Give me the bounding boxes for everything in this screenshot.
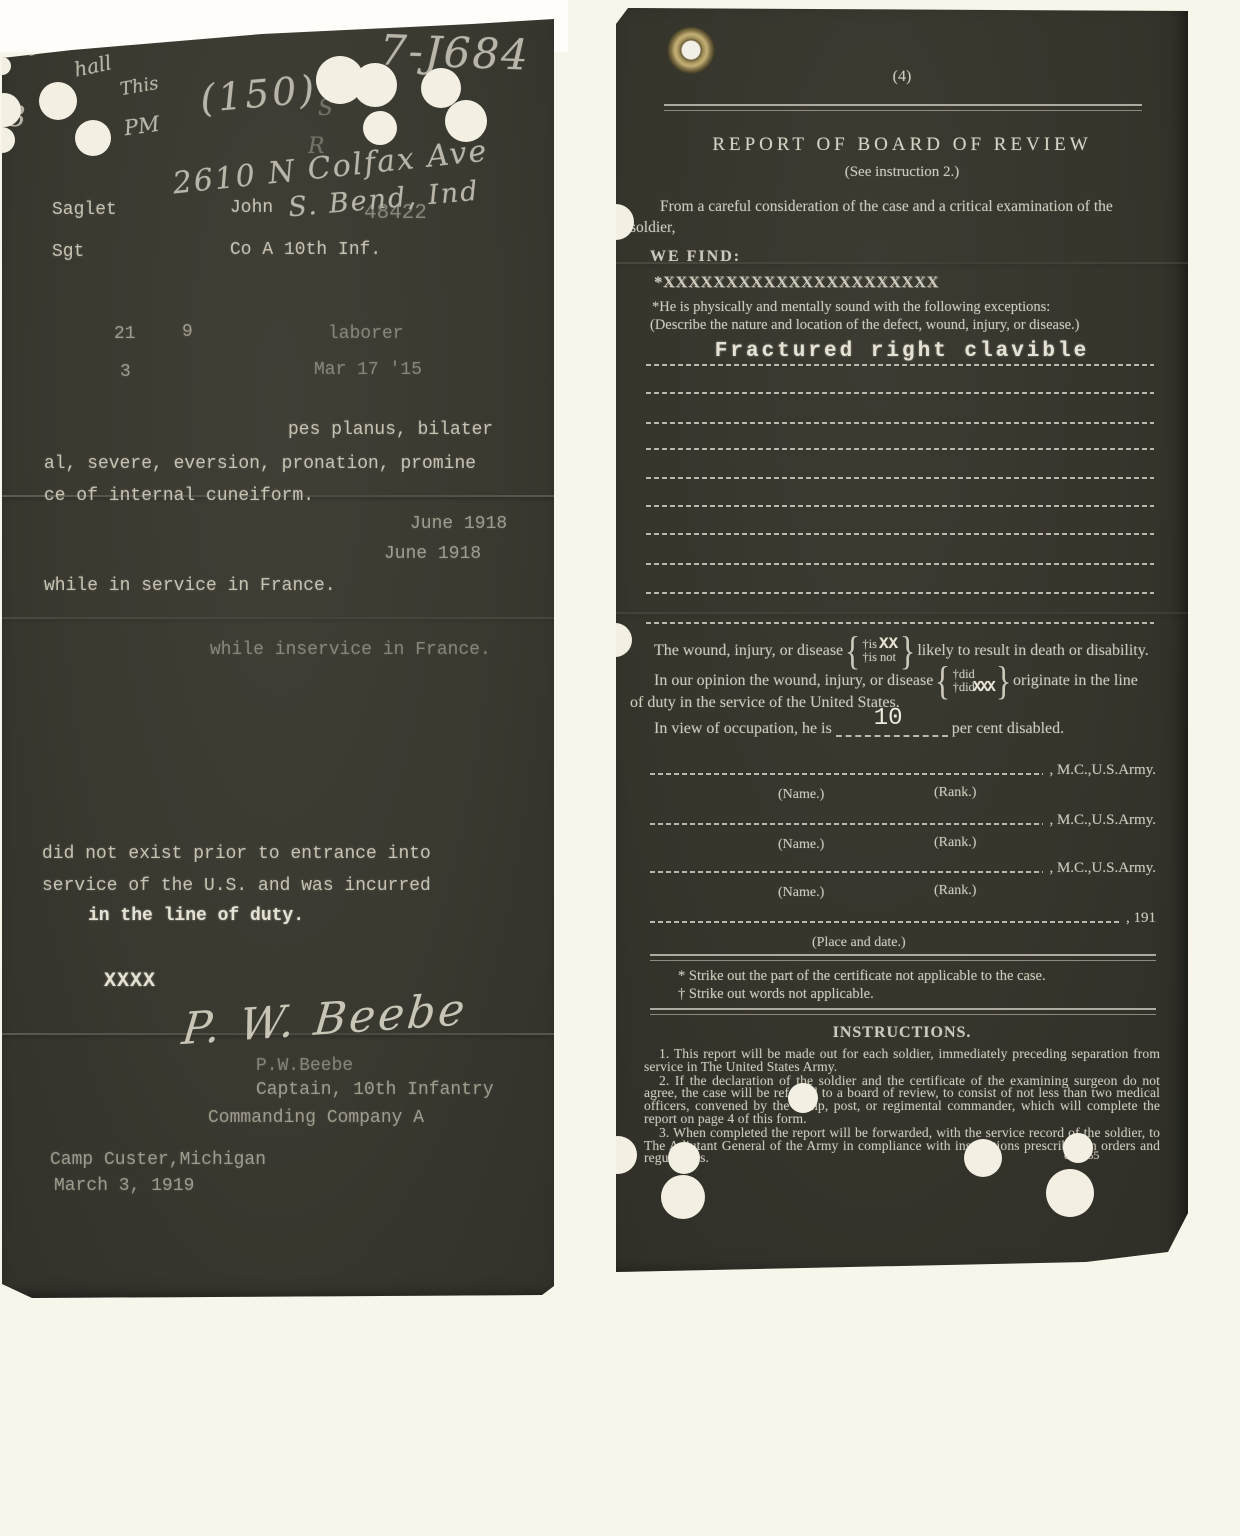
signature: P. W. Beebe bbox=[180, 984, 471, 1055]
opinion-option-stack: †did †didXXX bbox=[953, 668, 994, 694]
field-surname: Saglet bbox=[52, 200, 117, 220]
damage-spot bbox=[661, 1175, 705, 1219]
instruction-item: 1. This report will be made out for each… bbox=[644, 1048, 1160, 1074]
damage-spot bbox=[788, 1083, 818, 1113]
field-given-name: John bbox=[230, 198, 273, 218]
opinion-sentence-post: originate in the line bbox=[1013, 672, 1138, 690]
service-note: while in service in France. bbox=[44, 576, 336, 596]
year-suffix: , 191 bbox=[1126, 910, 1156, 927]
army-suffix: , M.C.,U.S.Army. bbox=[1049, 860, 1156, 877]
section-rule bbox=[650, 1008, 1156, 1015]
signature-row: , M.C.,U.S.Army. bbox=[650, 812, 1156, 829]
field-rank: Sgt bbox=[52, 242, 84, 262]
place-line: Camp Custer,Michigan bbox=[50, 1150, 266, 1170]
disability-percent-blank: 10 bbox=[836, 721, 948, 737]
section-rule bbox=[650, 954, 1156, 961]
damage-spot bbox=[445, 100, 487, 142]
handwritten-note: PM bbox=[123, 112, 162, 141]
strikeout-row: *XXXXXXXXXXXXXXXXXXXXXX bbox=[654, 274, 939, 292]
disability-percent-value: 10 bbox=[874, 705, 903, 732]
finding-text: (Describe the nature and location of the… bbox=[650, 317, 1079, 334]
handwritten-note: hall bbox=[72, 50, 114, 81]
signature-line bbox=[650, 773, 1043, 775]
header-rule bbox=[664, 104, 1142, 111]
place-date-row: , 191 bbox=[650, 910, 1156, 927]
blank-line bbox=[646, 477, 1154, 479]
damage-spot bbox=[363, 111, 397, 145]
fold-crease bbox=[616, 612, 1188, 614]
form-subtitle: (See instruction 2.) bbox=[616, 164, 1188, 181]
damage-spot bbox=[0, 57, 11, 75]
blank-line bbox=[646, 592, 1154, 594]
opinion-sentence-pre: In our opinion the wound, injury, or dis… bbox=[654, 672, 933, 690]
intro-text: From a careful consideration of the case… bbox=[660, 198, 1113, 216]
signature-line bbox=[650, 921, 1120, 923]
instruction-item: 2. If the declaration of the soldier and… bbox=[644, 1075, 1160, 1126]
diagnosis-entry: Fractured right clavible bbox=[616, 340, 1188, 363]
origin-statement: did not exist prior to entrance into bbox=[42, 844, 431, 864]
diagnosis-line: pes planus, bilater bbox=[288, 420, 493, 440]
blank-line bbox=[646, 533, 1154, 535]
signer-rank: Captain, 10th Infantry bbox=[256, 1080, 494, 1100]
form-title: REPORT OF BOARD OF REVIEW bbox=[616, 134, 1188, 156]
origin-statement: service of the U.S. and was incurred bbox=[42, 876, 431, 896]
disability-pre: In view of occupation, he is bbox=[654, 720, 832, 738]
name-label: (Name.) bbox=[778, 885, 824, 901]
strikeout-marks: XXXX bbox=[104, 970, 156, 993]
open-brace: { bbox=[935, 661, 950, 701]
date-line: March 3, 1919 bbox=[54, 1176, 194, 1196]
page-number: (4) bbox=[616, 68, 1188, 86]
blank-line bbox=[646, 364, 1154, 366]
damage-spot bbox=[668, 1142, 700, 1174]
close-brace: } bbox=[996, 661, 1011, 701]
opinion-option-bottom: †didXXX bbox=[953, 681, 994, 694]
army-suffix: , M.C.,U.S.Army. bbox=[1049, 812, 1156, 829]
signature-row: , M.C.,U.S.Army. bbox=[650, 762, 1156, 779]
name-label: (Name.) bbox=[778, 787, 824, 803]
service-record-card: Dere hall This PM 3 (150) 7-J684 S R 261… bbox=[2, 14, 554, 1298]
field-unit: Co A 10th Inf. bbox=[230, 240, 381, 260]
disability-post: per cent disabled. bbox=[952, 720, 1064, 738]
field-column-c: 3 bbox=[120, 362, 131, 382]
footnote: † Strike out words not applicable. bbox=[678, 986, 874, 1003]
damage-spot bbox=[599, 1136, 637, 1174]
field-age: 21 bbox=[114, 324, 136, 344]
service-note: while inservice in France. bbox=[210, 640, 491, 660]
wound-sentence-post: likely to result in death or disability. bbox=[917, 642, 1148, 660]
field-enlistment-date: Mar 17 '15 bbox=[314, 360, 422, 380]
damage-spot bbox=[964, 1139, 1002, 1177]
signer-name: P.W.Beebe bbox=[256, 1056, 353, 1076]
blank-line bbox=[646, 505, 1154, 507]
army-suffix: , M.C.,U.S.Army. bbox=[1049, 762, 1156, 779]
handwritten-count: (150) bbox=[198, 67, 319, 121]
diagnosis-line: al, severe, eversion, pronation, promine bbox=[44, 454, 476, 474]
damage-spot bbox=[353, 63, 397, 107]
signer-title: Commanding Company A bbox=[208, 1108, 424, 1128]
date-entry: June 1918 bbox=[410, 514, 507, 534]
damage-spot bbox=[1046, 1169, 1094, 1217]
fold-crease bbox=[2, 617, 554, 619]
we-find-heading: WE FIND: bbox=[650, 248, 741, 266]
board-of-review-form: (4) REPORT OF BOARD OF REVIEW (See instr… bbox=[616, 8, 1188, 1276]
place-date-label: (Place and date.) bbox=[812, 935, 906, 951]
signature-row: , M.C.,U.S.Army. bbox=[650, 860, 1156, 877]
handwritten-note: This bbox=[118, 73, 160, 100]
footnote: * Strike out the part of the certificate… bbox=[678, 968, 1046, 985]
wound-sentence-pre: The wound, injury, or disease bbox=[654, 642, 843, 660]
blank-line bbox=[646, 422, 1154, 424]
damage-spot bbox=[598, 204, 634, 240]
damage-spot bbox=[39, 82, 77, 120]
handwritten-file-code: 7-J684 bbox=[379, 25, 531, 79]
blank-line bbox=[646, 448, 1154, 450]
finding-text: *He is physically and mentally sound wit… bbox=[652, 299, 1050, 316]
typed-strikeout: XXX bbox=[973, 679, 994, 696]
field-occupation: laborer bbox=[328, 324, 404, 344]
rank-label: (Rank.) bbox=[934, 883, 976, 899]
blank-line bbox=[646, 392, 1154, 394]
blank-line bbox=[646, 622, 1154, 624]
instructions-title: INSTRUCTIONS. bbox=[616, 1024, 1188, 1042]
disability-sentence: In view of occupation, he is 10 per cent… bbox=[654, 714, 1064, 744]
origin-statement: in the line of duty. bbox=[88, 906, 304, 926]
damage-spot bbox=[598, 623, 632, 657]
blank-line bbox=[646, 563, 1154, 565]
damage-spot bbox=[1063, 1133, 1093, 1163]
field-column-b: 9 bbox=[182, 322, 193, 342]
opinion-sentence-continuation: of duty in the service of the United Sta… bbox=[630, 694, 900, 712]
rank-label: (Rank.) bbox=[934, 835, 976, 851]
rank-label: (Rank.) bbox=[934, 785, 976, 801]
diagnosis-line: ce of internal cuneiform. bbox=[44, 486, 314, 506]
signature-line bbox=[650, 823, 1043, 825]
name-label: (Name.) bbox=[778, 837, 824, 853]
date-entry: June 1918 bbox=[384, 544, 481, 564]
field-serial-number: 48422 bbox=[364, 202, 427, 225]
damage-spot bbox=[75, 120, 111, 156]
intro-text: soldier, bbox=[630, 219, 675, 237]
signature-line bbox=[650, 871, 1043, 873]
